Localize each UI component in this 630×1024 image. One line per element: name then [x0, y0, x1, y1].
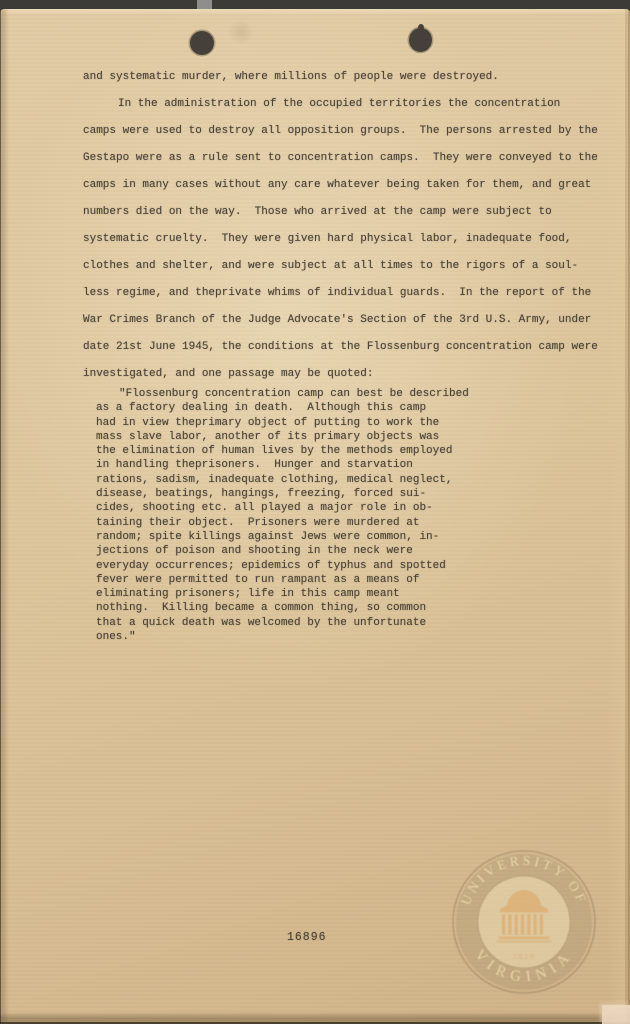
document-paper: and systematic murder, where millions of… [0, 9, 630, 1024]
pencil-smudge [228, 19, 254, 45]
punch-hole-left-icon [190, 31, 214, 55]
quote-line: the elimination of human lives by the me… [96, 444, 469, 458]
quote-line: rations, sadism, inadequate clothing, me… [96, 473, 469, 487]
quote-line: cides, shooting etc. all played a major … [96, 501, 469, 515]
quote-line: jections of poison and shooting in the n… [96, 544, 469, 558]
body-line: clothes and shelter, and were subject at… [83, 253, 598, 280]
corner-patch [602, 1005, 630, 1024]
quote-line: ones." [96, 630, 469, 644]
body-line: In the administration of the occupied te… [83, 91, 598, 118]
body-line: numbers died on the way. Those who arriv… [83, 199, 598, 226]
body-line: Gestapo were as a rule sent to concentra… [83, 145, 598, 172]
quote-line: everyday occurrences; epidemics of typhu… [96, 559, 469, 573]
body-line: camps were used to destroy all oppositio… [83, 118, 598, 145]
university-of-virginia-watermark-seal: UNIVERSITY OF VIRGINIA 1819 [449, 847, 599, 997]
seal-year-label: 1819 [513, 951, 536, 961]
body-line: less regime, and theprivate whims of ind… [83, 280, 598, 307]
quote-line: that a quick death was welcomed by the u… [96, 616, 469, 630]
quote-line: mass slave labor, another of its primary… [96, 430, 469, 444]
quote-line: taining their object. Prisoners were mur… [96, 516, 469, 530]
quote-line: nothing. Killing became a common thing, … [96, 601, 469, 615]
quote-line: random; spite killings against Jews were… [96, 530, 469, 544]
body-line: investigated, and one passage may be quo… [83, 361, 598, 388]
quote-line: in handling theprisoners. Hunger and sta… [96, 458, 469, 472]
body-paragraphs: and systematic murder, where millions of… [83, 64, 598, 388]
quote-line: had in view theprimary object of putting… [96, 416, 469, 430]
quote-line: "Flossenburg concentration camp can best… [96, 387, 469, 401]
body-line: date 21st June 1945, the conditions at t… [83, 334, 598, 361]
page-number: 16896 [287, 931, 327, 944]
quote-line: as a factory dealing in death. Although … [96, 401, 469, 415]
body-line: War Crimes Branch of the Judge Advocate'… [83, 307, 598, 334]
scanned-page-stage: and systematic murder, where millions of… [0, 0, 630, 1024]
punch-hole-right-icon [409, 28, 432, 52]
body-line: camps in many cases without any care wha… [83, 172, 598, 199]
body-line: systematic cruelty. They were given hard… [83, 226, 598, 253]
quote-line: eliminating prisoners; life in this camp… [96, 587, 469, 601]
quote-line: fever were permitted to run rampant as a… [96, 573, 469, 587]
block-quote: "Flossenburg concentration camp can best… [96, 387, 469, 644]
body-line: and systematic murder, where millions of… [83, 64, 598, 91]
quote-line: disease, beatings, hangings, freezing, f… [96, 487, 469, 501]
